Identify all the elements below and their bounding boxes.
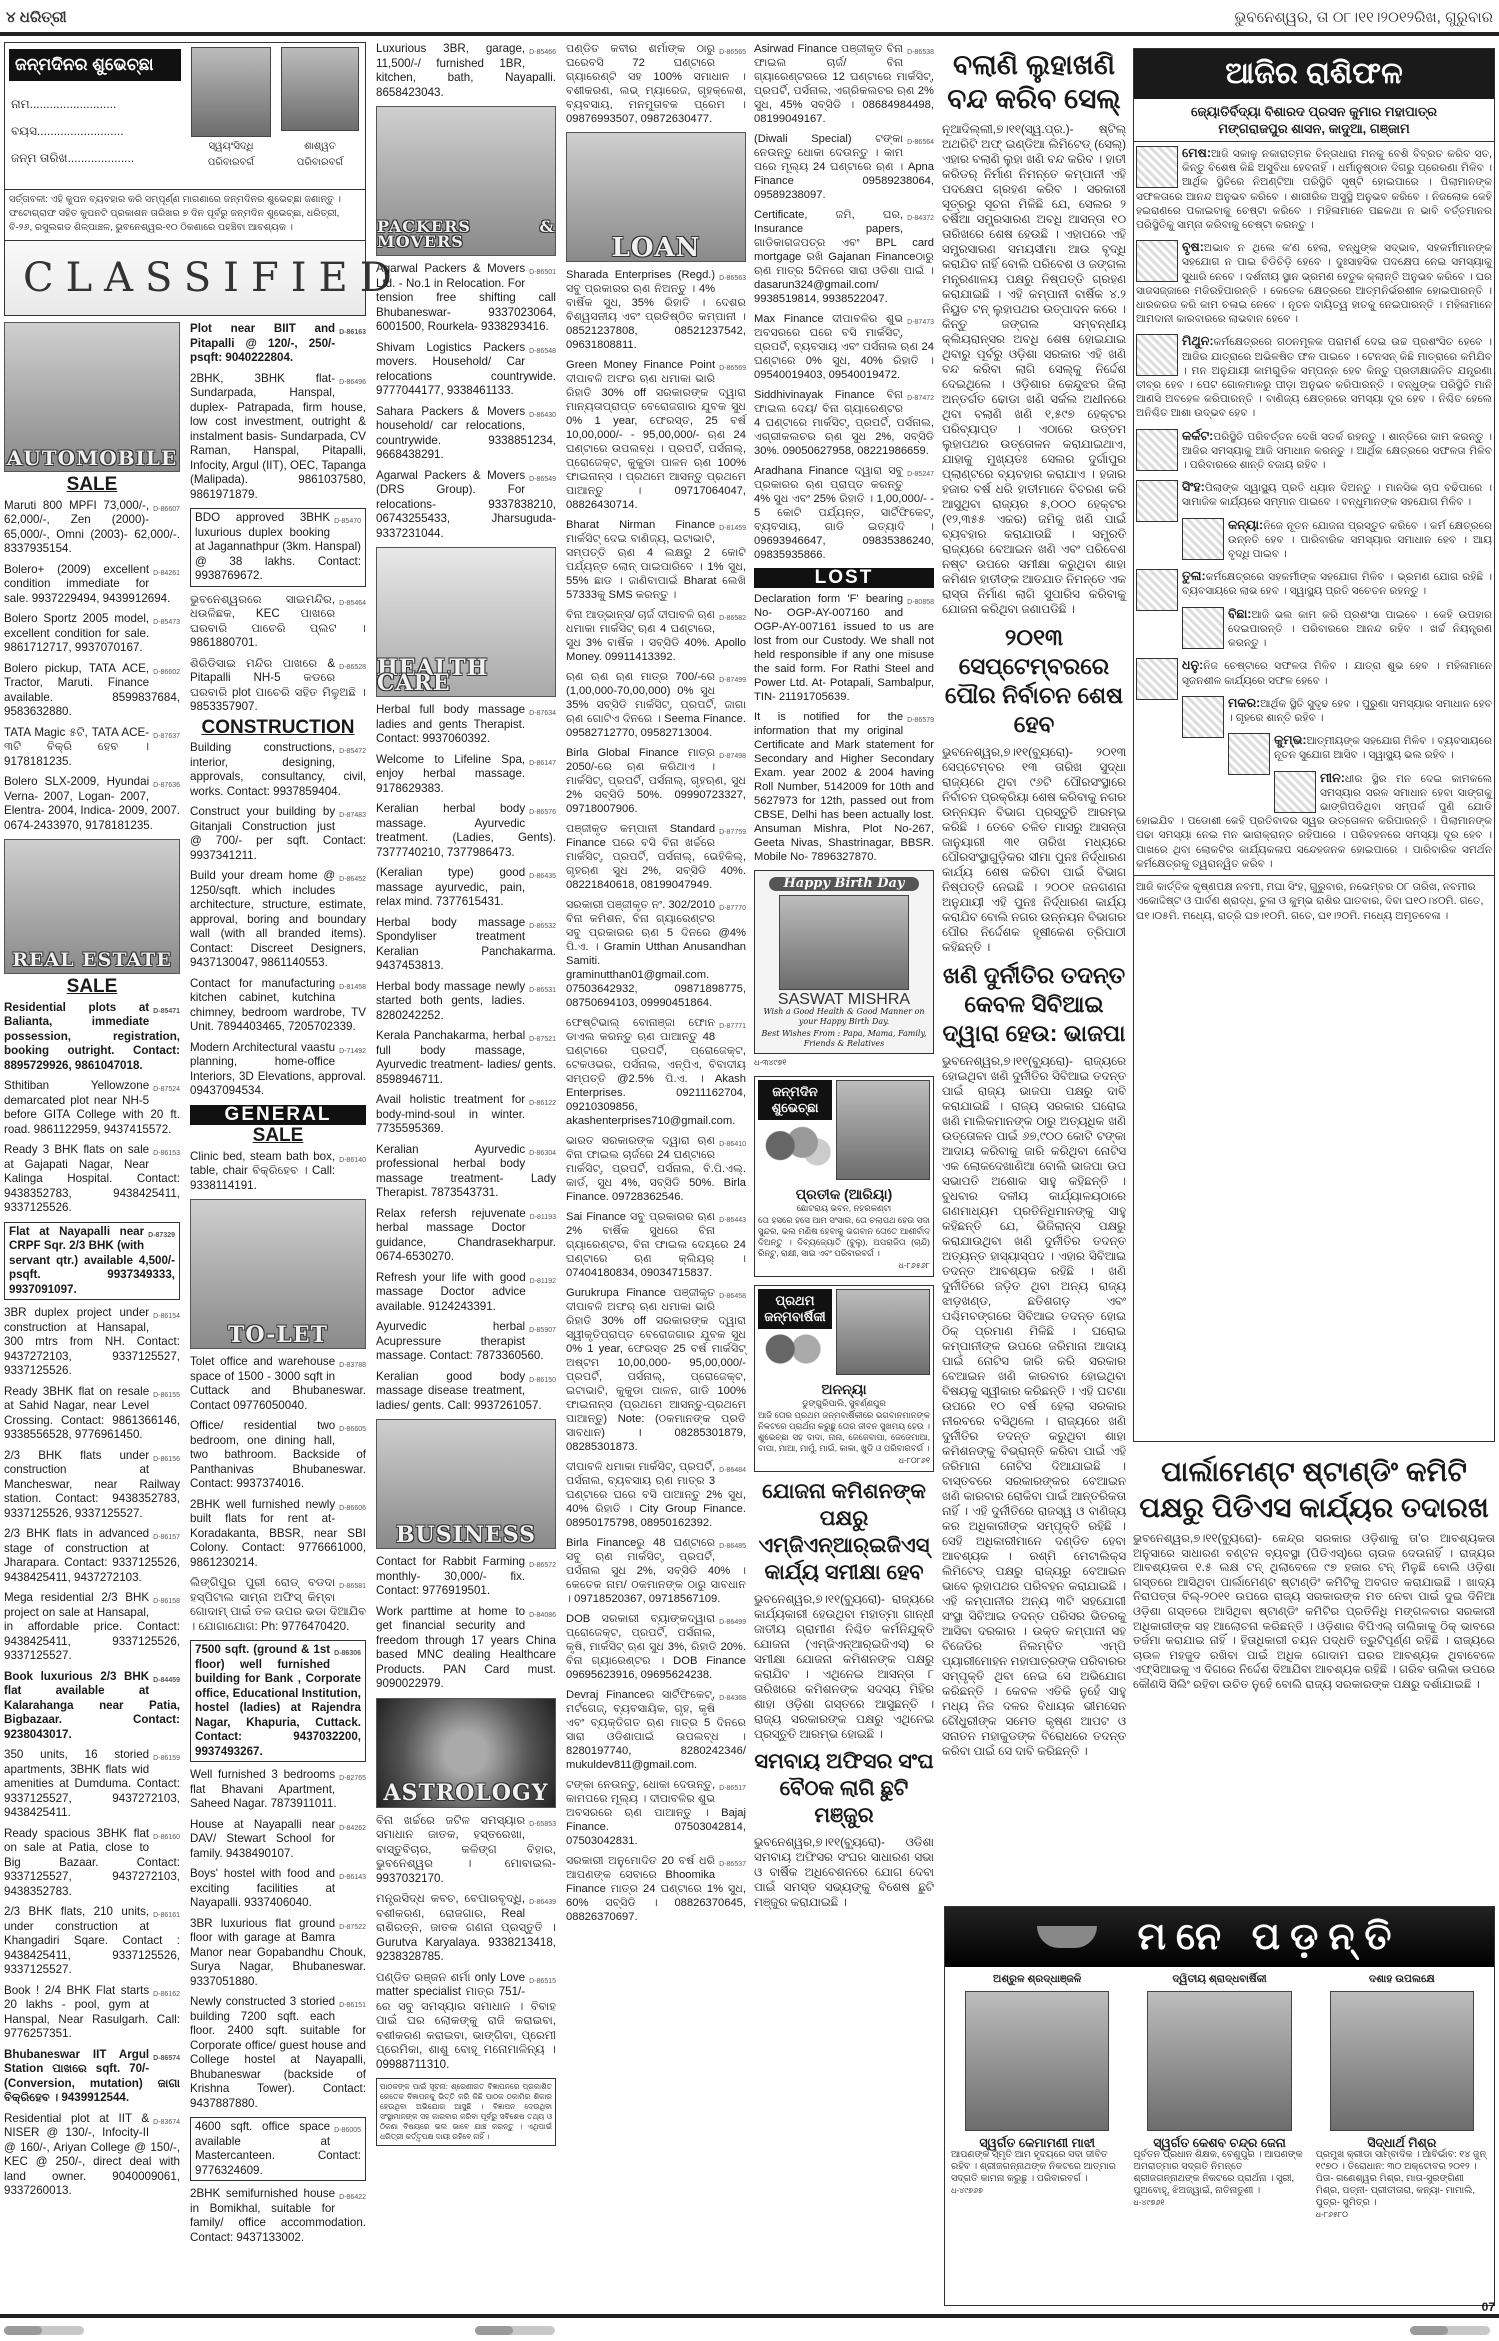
column-2: D-86163Plot near BIIT and Pitapalli @ 12…	[190, 322, 366, 2251]
saswat-name: SASWAT MISHRA	[759, 993, 929, 1007]
re-sale-title: SALE	[4, 980, 180, 995]
coupon-photo-2	[281, 47, 359, 131]
classified-ad: D-86158Mega residential 2/3 BHK project …	[4, 1591, 180, 1664]
classified-ad: D-86602Bolero pickup, TATA ACE, Tractor,…	[4, 662, 180, 720]
saswat-code: ଧ-୩୪୯୭୧	[754, 1056, 934, 1070]
classified-ad: D-87759ପଞ୍ଜୀକୃତ କମ୍ପାନୀ Standard Finance…	[566, 822, 746, 892]
leo-icon	[1136, 480, 1178, 522]
news-body-election: ଭୁବନେଶ୍ୱର,୭।୧୧(ବ୍ୟୁରୋ)- ୨୦୧୩ ସେପ୍ଟେମ୍ବର …	[942, 745, 1126, 955]
page-header: ୪ ଧରିତ୍ରୀ ଭୁବନେଶ୍ୱର, ତା ୦୮।୧୧।୨୦୧୨ରିଖ, ଗ…	[0, 0, 1499, 34]
coupon-photo-2-family: ପରିବାରବର୍ଗ	[281, 157, 359, 168]
classified-ad: D-86304Keralian Ayurvedic professional h…	[376, 1143, 556, 1201]
rasi-item: ମୀନ:ଧୀର ସ୍ଥିର ମନ ଦେଇ କାମକଲେ ସମସ୍ୟାର ସରଳ …	[1134, 767, 1494, 875]
prateek-photo	[836, 1080, 930, 1180]
rasi-item: ମକର:ଆର୍ଥିକ ସ୍ଥିତି ସୁଦୃଢ ହେବ । ପୁରୁଣା ସମସ…	[1134, 692, 1494, 729]
classified-ad: D-87521Kerala Panchakarma, herbal full b…	[376, 1029, 556, 1087]
obituary-name: ସିଦ୍ଧାର୍ଥ ମିଶ୍ର	[1316, 2137, 1488, 2149]
packers-movers-image: PACKERS & MOVERS	[376, 106, 556, 256]
birthday-box-2-name: ଅନନ୍ୟା	[758, 1382, 930, 1396]
classified-ad: D-86607Maruti 800 MPFI 73,000/-, 62,000/…	[4, 499, 180, 557]
obituary-name: ସ୍ୱର୍ଗତ କେମାମଣୀ ମାଝୀ	[951, 2137, 1123, 2149]
classified-ad: D-82765Well furnished 3 bedrooms flat Bh…	[190, 1768, 366, 1812]
coupon-terms: ସର୍ତ୍ତାବଳୀ: ଏହି କୁପନ ବ୍ୟବହାର କରି ସମ୍ପୂର୍…	[4, 190, 366, 244]
auto-sale-title: SALE	[4, 478, 180, 493]
classified-ad: D-85473Bolero Sportz 2005 model, excelle…	[4, 612, 180, 656]
footer-rule	[0, 2314, 1499, 2318]
birthday-box-2-place: ଡୁଙ୍ଗୁରିପାଲି, ସୁବର୍ଣ୍ଣପୁର	[758, 1396, 930, 1410]
classified-ad: D-84086Work parttime at home to get fina…	[376, 1605, 556, 1692]
birthday-coupon: ଜନ୍ମଦିନର ଶୁଭେଚ୍ଛା ନାମ...................…	[4, 42, 366, 190]
rasi-item: ତୁଳା:କର୍ମକ୍ଷେତ୍ରରେ ସହକର୍ମୀଙ୍କ ସହଯୋଗ ମିଳି…	[1134, 565, 1494, 602]
obituary-details: ପ୍ରମୁଖ କ୍ରୀଡା ସାମ୍ବାଦିକ । ଆବିର୍ଭାବ: ୧୪ ଜ…	[1316, 2149, 1488, 2209]
rasi-item: କନ୍ୟା:ନିଜେ ନୂତନ ଯୋଜନା ପ୍ରସ୍ତୁତ କରିବେ । କ…	[1134, 514, 1494, 566]
classified-ad: D-81192Refresh your life with good massa…	[376, 1271, 556, 1315]
classified-ad: D-85472Building constructions, interior,…	[190, 741, 366, 799]
classified-ad: D-864222BHK semifurnished house in Bomik…	[190, 2187, 366, 2245]
rasifala-author: ଜ୍ୟୋତିର୍ବିଦ୍ୟା ବିଶାରଦ ପ୍ରସନ କୁମାର ମହାପାତ…	[1134, 103, 1494, 120]
obituary-code: ଧ-୮୬୫୮୦	[1316, 2209, 1488, 2221]
rasi-item: ମେଷ:ଆଜି ସକାଳୁ ନକାରାତ୍ମକ ଚିନ୍ତାଧାରା ମନକୁ …	[1134, 142, 1494, 236]
saswat-wish: Wish a Good Health & Good Manner on your…	[759, 1007, 929, 1027]
news-body-pds: ଭୁବନେଶ୍ୱର,୭।୧୧(ବ୍ୟୁରୋ)- କେନ୍ଦ୍ର ସରକାର ଓଡ…	[1133, 1532, 1495, 1693]
coupon-dob-field[interactable]: ଜନ୍ମ ତାରିଖ....................	[11, 145, 181, 172]
reader-notice: ପାଠକଙ୍କ ପାଇଁ ସୂଚନା: ଶ୍ରେଣୀଗତ ବିଜ୍ଞାପନରେ …	[376, 2078, 556, 2146]
news-body-mgnregs: ଭୁବନେଶ୍ୱର,୭।୧୧(ବ୍ୟୁରୋ)- ରାଜ୍ୟରେ କାର୍ଯ୍ୟକ…	[754, 1592, 934, 1742]
classified-ad: D-861543BR duplex project under construc…	[4, 1306, 180, 1379]
classified-ad: D-86569Green Money Finance Point ଦୀପାବଳି…	[566, 358, 746, 512]
classified-ad: D-86564(Diwali Special) ଟଙ୍କା ନେଉନ୍ତୁ ଧୋ…	[754, 132, 934, 202]
classified-ad: D-86155Ready 3BHK flat on resale at Sahi…	[4, 1385, 180, 1443]
business-image: BUSINESS	[376, 1419, 556, 1549]
birthday-box-2: ପ୍ରଥମ ଜନ୍ମବାର୍ଷିକୀ ଅନନ୍ୟା ଡୁଙ୍ଗୁରିପାଲି, …	[754, 1285, 934, 1472]
column-6: ବଲାଣି ଲୁହାଖଣି ବନ୍ଦ କରିବ ସେଲ୍ ନୂଆଦିଲ୍ଲୀ,୭…	[942, 42, 1126, 1765]
aquarius-icon	[1228, 733, 1270, 775]
obituary-code: ଧ-୪୯୭୬୧	[1133, 2197, 1305, 2209]
classified-ad: D-81459Bharat Nirman Finance ମାର୍କସିଟ୍ ଦ…	[566, 518, 746, 602]
classified-ad: D-86484ଦୀପାବଳି ଧମାକା ମାର୍କସିଟ୍, ପ୍ରପର୍ଟି…	[566, 1460, 746, 1530]
astrology-image: ASTROLOGY	[376, 1698, 556, 1808]
classified-ad: D-87472Siddhivinayak Finance ବିନା ଫାଇଲ ଦ…	[754, 388, 934, 458]
classified-ad: D-86439ମନ୍ତ୍ରସିଦ୍ଧ କବଚ, ବେପାରବୃଦ୍ଧି, ବଶୀ…	[376, 1892, 556, 1965]
classified-ad: D-83674Residential plot at IIT & NISER @…	[4, 2112, 180, 2199]
birthday-box-1-message: ତୋ ହସରେ ହସେ ଆମ ସଂସାର, ତୋ ଚଲାପଥ ହେଉ ସଦା ସ…	[758, 1215, 930, 1259]
classified-ad: D-86563Sharada Enterprises (Regd.) ସବୁ ପ…	[566, 268, 746, 352]
classified-ad: D-84368Devraj Financeର ସାର୍ଟିଫିକେଟ୍, ମର୍…	[566, 1688, 746, 1772]
classified-ad: D-86410ଭାରତ ସରକାରଙ୍କ ଦ୍ୱାରା ଋଣ ବିନା ଫାଇଲ…	[566, 1134, 746, 1204]
coupon-photo-1-name: ସ୍ୱୟଂସିଦ୍ଧି	[191, 141, 271, 152]
news-body-cooperative: ଭୁବନେଶ୍ୱର,୭।୧୧(ବ୍ୟୁରୋ)- ଓଡିଶା ସମବାୟ ଅଫିସ…	[754, 1835, 934, 1910]
classified-ad: D-85470BDO approved 3BHK luxurious duple…	[190, 508, 366, 587]
classified-banner-text: CLASSIFIED	[23, 255, 404, 301]
coupon-photo-1	[191, 47, 271, 137]
classified-ad: D-86499DOB ସରକାରୀ ବ୍ୟାଙ୍କଦ୍ୱାରା ପ୍ରୋଜେକ୍…	[566, 1612, 746, 1682]
classified-ad: D-84262House at Nayapalli near DAV/ Stew…	[190, 1818, 366, 1862]
gemini-icon	[1136, 334, 1178, 376]
astrology-label: ASTROLOGY	[384, 1786, 549, 1807]
classified-ad: D-87483Construct your building by Gitanj…	[190, 805, 366, 863]
health-care-image: HEALTH CARE	[376, 547, 556, 697]
classified-ad: D-864962BHK, 3BHK flat- Sundarpada, Hans…	[190, 372, 366, 503]
coupon-age-field[interactable]: ବୟସ..........................	[11, 118, 181, 145]
to-let-label: TO-LET	[228, 1328, 328, 1349]
classified-ad: D-85907Ayurvedic herbal Acupressure ther…	[376, 1320, 556, 1364]
horizontal-scrollbar-right[interactable]	[1410, 2326, 1490, 2335]
libra-icon	[1136, 569, 1178, 611]
classified-ad: D-86430Sahara Packers & Movers household…	[376, 405, 556, 463]
header-rule	[0, 32, 1499, 36]
classified-ad: D-87636Bolero SLX-2009, Hyundai Verna- 2…	[4, 775, 180, 833]
page-label: ୪ ଧରିତ୍ରୀ	[6, 9, 67, 26]
classified-ad: D-86574Bhubaneswar IIT Argul Station ପାଖ…	[4, 2048, 180, 2106]
general-sale-title: SALE	[190, 1129, 366, 1144]
classified-ad: D-86549Agarwal Packers & Movers (DRS Gro…	[376, 469, 556, 542]
news-headline-sail: ବଲାଣି ଲୁହାଖଣି ବନ୍ଦ କରିବ ସେଲ୍	[942, 48, 1126, 116]
classified-ad: D-86458Gurukrupa Finance ପଞ୍ଜୀକୃତ ଦୀପାବଳ…	[566, 1286, 746, 1454]
classified-ad: D-84372Certificate, ଜମି, ଘର, Insurance p…	[754, 208, 934, 306]
classified-ad: D-875223BR luxurious flat ground floor w…	[190, 1917, 366, 1990]
classified-ad: D-85464ଭୁବନେଶ୍ୱରରେ ସାଇମନ୍ଦିର, ଧଉଳିଛକ, KE…	[190, 593, 366, 651]
horizontal-scrollbar-middle[interactable]	[475, 2326, 555, 2335]
classified-ad: D-86153Ready 3 BHK flats on sale at Gaja…	[4, 1143, 180, 1216]
classified-ad: D-86160Ready spacious 3BHK flat on sale …	[4, 1827, 180, 1900]
obituary-name: ସ୍ୱର୍ଗତ କେଶବ ଚନ୍ଦ୍ର ଜେନା	[1133, 2137, 1305, 2149]
business-label: BUSINESS	[396, 1528, 536, 1549]
dateline: ଭୁବନେଶ୍ୱର, ତା ୦୮।୧୧।୨୦୧୨ରିଖ, ଗୁରୁବାର	[1235, 9, 1493, 26]
obituary-section: ମନେ ପଡ଼ନ୍ତି ଅଶ୍ରୁଳ ଶ୍ରଦ୍ଧାଞ୍ଜଳି ସ୍ୱର୍ଗତ …	[944, 1906, 1495, 2306]
classified-ad: D-81193Relax refersh rejuvenate herbal m…	[376, 1207, 556, 1265]
classified-ad: D-86122Avail holistic treatment for body…	[376, 1093, 556, 1137]
classified-ad: D-85466Luxurious 3BR, garage, 11,500/-/ …	[376, 42, 556, 100]
classified-ad: D-87524Sthitiban Yellowzone demarcated p…	[4, 1079, 180, 1137]
classified-ad: D-83788Tolet office and warehouse space …	[190, 1355, 366, 1413]
classified-ad: D-86537ସରକାରୀ ଅନୁମୋଦିତ 20 ବର୍ଷ ଧରି ଆପଣଙ୍…	[566, 1854, 746, 1924]
classified-ad: D-86163Plot near BIIT and Pitapalli @ 12…	[190, 322, 366, 366]
obituary-occasion: ଦ୍ୱିତୀୟ ଶ୍ରାଦ୍ଧବାର୍ଷିକୀ	[1133, 1973, 1305, 1985]
real-estate-ads-list: D-85471Residential plots at Balianta, im…	[4, 1001, 180, 2199]
coupon-title: ଜନ୍ମଦିନର ଶୁଭେଚ୍ଛା	[9, 49, 181, 81]
rasi-item: ବୃଷ:ଅଭାବ ନ ଥିଲେ କ'ଣ ହେଲା, ବନ୍ଧୁଙ୍କ ସଦ୍‌ଭ…	[1134, 236, 1494, 330]
taurus-icon	[1136, 240, 1178, 282]
classified-ad: D-86443Sai Finance ସବୁ ପ୍ରକାରର ଋଣ 2% ବାର…	[566, 1210, 746, 1280]
classified-ad: D-86143Boys' hostel with food and exciti…	[190, 1867, 366, 1911]
classified-ad: D-87771ଫେଷ୍ଟିଭାଲ୍ ବୋନାଞ୍ଜା ଫୋନ ଡାଏଲ କରନ୍…	[566, 1016, 746, 1128]
obituary-details: ପୂର୍ବତନ ପ୍ରଧାନ ଶିକ୍ଷକ, ବେଣୁପୁର । ଆପଣଙ୍କ …	[1133, 2149, 1305, 2197]
classified-ad: D-87473Max Finance ଦୀପାବଳିର ଶୁଭ ଅବସରରେ ଘ…	[754, 312, 934, 382]
classified-ad: D-86579It is notified for the informatio…	[754, 710, 934, 864]
scrollbar-thumb[interactable]	[1410, 2326, 1448, 2335]
obituary-occasion: ଦଶାହ ଉପଲକ୍ଷେ	[1316, 1973, 1488, 1985]
classified-ad: D-87637TATA Magic ୫ଟି, TATA ACE- ୩ଟି ବିକ…	[4, 726, 180, 770]
classified-ad: D-87329Flat at Nayapalli near CRPF Sqr. …	[4, 1222, 180, 1301]
news-headline-election: ୨୦୧୩ ସେପ୍ଟେମ୍ବରରେ ପୌର ନିର୍ବାଚନ ଶେଷ ହେବ	[942, 623, 1126, 739]
classified-ad: D-86582ବିନା ଆଡ୍ଭାନ୍ସ/ ଚାର୍ଜ ଦୀପାବଳି ଋଣ ଧ…	[566, 608, 746, 664]
obituary-card: ଦ୍ୱିତୀୟ ଶ୍ରାଦ୍ଧବାର୍ଷିକୀ ସ୍ୱର୍ଗତ କେଶବ ଚନ୍…	[1133, 1973, 1305, 2221]
classified-ad: D-863067500 sqft. (ground & 1st floor) w…	[190, 1640, 366, 1762]
classified-ad: D-85471Residential plots at Balianta, im…	[4, 1001, 180, 1074]
loan-image: LOAN	[566, 132, 746, 262]
classified-ad: D-86576Keralian herbal body massage. Ayu…	[376, 802, 556, 860]
coupon-photo-2-name: ଶାଶ୍ୱତ	[281, 141, 359, 152]
classified-ad: D-86162Book ! 2/4 BHK Flat starts 20 lak…	[4, 1984, 180, 2042]
classified-ad: D-86572Contact for Rabbit Farming monthl…	[376, 1555, 556, 1599]
column-1: AUTOMOBILE SALE D-86607Maruti 800 MPFI 7…	[4, 322, 180, 2205]
classified-ad: D-86159350 units, 16 storied apartments,…	[4, 1748, 180, 1821]
classified-ad: D-84459Book luxurious 2/3 BHK flat avail…	[4, 1670, 180, 1743]
column-4: D-86565ପଣ୍ଡିତ କବୀର ଶର୍ମାଙ୍କ ଠାରୁ ଘରେବସି …	[566, 42, 746, 1930]
scorpio-icon	[1182, 607, 1224, 649]
happy-birthday-banner: Happy Birth Day	[769, 877, 919, 891]
obituary-banner: ମନେ ପଡ଼ନ୍ତି	[945, 1907, 1494, 1967]
rasi-item: ମିଥୁନ:କର୍ମକ୍ଷେତ୍ରରେ ଗଠନମୂଳକ ପରାମର୍ଶ ଦେଇ …	[1134, 330, 1494, 424]
loan-label: LOAN	[612, 241, 701, 261]
news-pds: ପାର୍ଲାମେଣ୍ଟ ଷ୍ଟାଣ୍ଡିଂ କମିଟି ପକ୍ଷରୁ ପିଡିଏ…	[1133, 1448, 1495, 1699]
pisces-icon	[1274, 771, 1316, 813]
obituary-code: ଧ-୪୯୭୬୭	[951, 2185, 1123, 2197]
birthday-box-2-message: ଆଜି ତୋର ପ୍ରଥମ ଜନ୍ମବାର୍ଷିକୀରେ ଭଗବାନମାନଙ୍କ…	[758, 1410, 930, 1454]
birthday-box-2-code: ଧ-୮୦୮୬୧	[758, 1454, 930, 1468]
general-title: GENERAL	[190, 1105, 366, 1126]
classified-ad: D-86581ଲିଙ୍ଗିପୁର ପୁରୀ ରୋଡ୍ ବଡଦା ହସ୍ପିଟାଲ…	[190, 1576, 366, 1634]
balloons-icon	[758, 1329, 832, 1379]
aries-icon	[1136, 146, 1178, 188]
classified-ad: D-86140Clinic bed, steam bath box, table…	[190, 1150, 366, 1194]
birthday-box-1-name: ପ୍ରତୀକ (ଆରିୟା)	[758, 1187, 930, 1201]
saswat-birthday-ad: Happy Birth Day SASWAT MISHRA Wish a Goo…	[754, 870, 934, 1054]
classified-ad: D-861562/3 BHK flats under construction …	[4, 1449, 180, 1522]
rasifala-title: ଆଜିର ରାଶିଫଳ	[1134, 49, 1494, 99]
horizontal-scrollbar-left[interactable]	[4, 2326, 84, 2335]
news-headline-cooperative: ସମବାୟ ଅଫିସର ସଂଘ ବୈଠକ ଲାଗି ଛୁଟି ମଞ୍ଜୁର	[754, 1748, 934, 1829]
automobile-image: AUTOMOBILE	[4, 322, 180, 472]
page-number: 07	[1482, 2300, 1495, 2314]
classified-ad: D-81458Contact for manufacturing kitchen…	[190, 977, 366, 1035]
classified-ad: D-86565ପଣ୍ଡିତ କବୀର ଶର୍ମାଙ୍କ ଠାରୁ ଘରେବସି …	[566, 42, 746, 126]
news-headline-pds: ପାର୍ଲାମେଣ୍ଟ ଷ୍ଟାଣ୍ଡିଂ କମିଟି ପକ୍ଷରୁ ପିଡିଏ…	[1133, 1454, 1495, 1526]
classified-ad: D-86517ଟଙ୍କା ନେଉନ୍ତୁ, ଧୋକା ଦେଉନ୍ତୁ, କାମପ…	[566, 1778, 746, 1848]
virgo-icon	[1182, 518, 1224, 560]
rasifala-byline: ଜ୍ୟୋତିର୍ବିଦ୍ୟା ବିଶାରଦ ପ୍ରସନ କୁମାର ମହାପାତ…	[1134, 99, 1494, 142]
classified-ad: D-86452Build your dream home @ 1250/sqft…	[190, 869, 366, 971]
news-headline-mining: ଖଣି ଦୁର୍ନୀତିର ତଦନ୍ତ କେବଳ ସିବିଆଇ ଦ୍ୱାରା ହ…	[942, 961, 1126, 1048]
classified-ad: D-861612/3 BHK flats, 210 units, under c…	[4, 1905, 180, 1978]
classified-ad: D-65853ବିନା ଖର୍ଚ୍ଚରେ ଜଟିଳ ସମସ୍ୟାର ସମାଧାନ…	[376, 1814, 556, 1887]
birthday-box-1-title: ଜନ୍ମଦିନ ଶୁଭେଚ୍ଛା	[758, 1080, 832, 1120]
classified-ad: D-84261Bolero+ (2009) excellent conditio…	[4, 563, 180, 607]
classified-ad: D-860054600 sqft. office space available…	[190, 2117, 366, 2181]
classified-ad: D-87499ଋଣ ଋଣ ଋଣ ମାତ୍ର 700/-ରେ (1,00,000-…	[566, 670, 746, 740]
auto-ads-list: D-86607Maruti 800 MPFI 73,000/-, 62,000/…	[4, 499, 180, 834]
rasi-item: ଧନୁ:ନିଜ ଚେଷ୍ଟାରେ ସଫଳତା ମିଳିବ । ଯାତ୍ରା ଶୁ…	[1134, 654, 1494, 691]
rasi-item: ସିଂହ:ପିଲାଙ୍କ ସ୍ୱାସ୍ଥ୍ୟ ପ୍ରତି ଧ୍ୟାନ ଦିଅନ୍…	[1134, 476, 1494, 513]
to-let-image: TO-LET	[190, 1199, 366, 1349]
classified-ad: D-86532Herbal body massage Spondyliser t…	[376, 916, 556, 974]
column-3: D-85466Luxurious 3BR, garage, 11,500/-/ …	[376, 42, 556, 2146]
classified-ad: D-86501Agarwal Packers & Movers Ltd. - N…	[376, 262, 556, 335]
capricorn-icon	[1182, 696, 1224, 738]
classified-ad: D-87770ସରକାରୀ ପଞ୍ଜୀକୃତ ନଂ. 302/2010 ବିନା…	[566, 898, 746, 1010]
obituary-photo	[965, 1991, 1109, 2131]
obituary-card: ଅଶ୍ରୁଳ ଶ୍ରଦ୍ଧାଞ୍ଜଳି ସ୍ୱର୍ଗତ କେମାମଣୀ ମାଝୀ…	[951, 1973, 1123, 2221]
classified-banner: CLASSIFIED	[4, 240, 366, 316]
lamp-icon	[1037, 1926, 1097, 1948]
classified-ad: D-86531Herbal body massage newly started…	[376, 980, 556, 1024]
rasi-item: ବିଛା:ଆଜି ଭଲ କାମ କରି ପ୍ରଶଂସା ପାଇବେ । କେହି…	[1134, 603, 1494, 655]
birthday-box-1-place: ଛୋଟରାୟ ଭବନ, ନହରକଣ୍ଟା	[758, 1201, 930, 1215]
classified-ad: D-861572/3 BHK flats in advanced stage o…	[4, 1527, 180, 1585]
sagittarius-icon	[1136, 658, 1178, 700]
packers-movers-label: PACKERS & MOVERS	[377, 220, 555, 255]
classified-ad: D-86150Keralian good body massage diseas…	[376, 1370, 556, 1414]
ananya-photo	[836, 1289, 930, 1375]
obituary-photo	[1330, 1991, 1474, 2131]
classified-ad: D-86515ପଣ୍ଡିତ ରଞ୍ଜନ ଶର୍ମା only Love matt…	[376, 1971, 556, 2073]
classified-ad: D-86605Office/ residential two bedroom, …	[190, 1419, 366, 1492]
obituary-details: ଆପଣଙ୍କ ସ୍ମୃତି ଆମ ହୃଦୟରେ ସଦା ଜୀବିତ ରହିବ ।…	[951, 2149, 1123, 2185]
automobile-label: AUTOMOBILE	[7, 451, 177, 472]
construction-title: CONSTRUCTION	[190, 721, 366, 736]
classified-ad: D-86151Newly constructed 3 storied build…	[190, 1995, 366, 2111]
obituary-banner-text: ମନେ ପଡ଼ନ୍ତି	[1137, 1916, 1401, 1959]
birthday-box-1: ଜନ୍ମଦିନ ଶୁଭେଚ୍ଛା ପ୍ରତୀକ (ଆରିୟା) ଛୋଟରାୟ ଭ…	[754, 1076, 934, 1277]
coupon-name-field[interactable]: ନାମ..........................	[11, 91, 181, 118]
classified-ad: D-86485Birla Financeରୁ 48 ଘଣ୍ଟାରେ ସବୁ ଋଣ…	[566, 1536, 746, 1606]
real-estate-label: REAL ESTATE	[12, 953, 172, 974]
saswat-photo	[779, 895, 909, 990]
obituary-card: ଦଶାହ ଉପଲକ୍ଷେ ସିଦ୍ଧାର୍ଥ ମିଶ୍ର ପ୍ରମୁଖ କ୍ରୀ…	[1316, 1973, 1488, 2221]
news-headline-mgnregs: ଯୋଜନା କମିଶନଙ୍କ ପକ୍ଷରୁ ଏମ୍‌ଜିଏନ୍‌ଆର୍‌ଇଜିଏ…	[754, 1478, 934, 1586]
balloons-icon	[758, 1120, 832, 1184]
news-body-sail: ନୂଆଦିଲ୍ଲୀ,୭।୧୧(ସ୍ୱ.ପ୍ର.)- ଷ୍ଟିଲ୍ ଅଥରିଟି …	[942, 122, 1126, 617]
scrollbar-thumb[interactable]	[4, 2326, 42, 2335]
cancer-icon	[1136, 429, 1178, 471]
classified-ad: D-866062BHK well furnished newly built f…	[190, 1498, 366, 1571]
birthday-box-1-code: ଧ-୮୬୫୬୮	[758, 1259, 930, 1273]
real-estate-image: REAL ESTATE	[4, 839, 180, 974]
classified-ad: D-87634Herbal full body massage ladies a…	[376, 703, 556, 747]
classified-ad: D-87498Birla Global Finance ମାତ୍ର 2050/-…	[566, 746, 746, 816]
classified-ad: D-86147Welcome to Lifeline Spa, enjoy he…	[376, 753, 556, 797]
health-care-label: HEALTH CARE	[377, 661, 555, 696]
coupon-photo-1-family: ପରିବାରବର୍ଗ	[191, 157, 271, 168]
scrollbar-thumb[interactable]	[475, 2326, 513, 2335]
classified-ad: D-86435(Keralian type) good massage ayur…	[376, 866, 556, 910]
birthday-box-2-title: ପ୍ରଥମ ଜନ୍ମବାର୍ଷିକୀ	[758, 1289, 832, 1329]
rasifala-section: ଆଜିର ରାଶିଫଳ ଜ୍ୟୋତିର୍ବିଦ୍ୟା ବିଶାରଦ ପ୍ରସନ …	[1133, 48, 1495, 1442]
obituary-occasion: ଅଶ୍ରୁଳ ଶ୍ରଦ୍ଧାଞ୍ଜଳି	[951, 1973, 1123, 1985]
news-body-mining: ଭୁବନେଶ୍ୱର,୭।୧୧(ବ୍ୟୁରୋ)- ରାଜ୍ୟରେ ହୋଇଥିବା …	[942, 1054, 1126, 1759]
lost-title: LOST	[754, 568, 934, 588]
panchang: ଆଜି କାର୍ତ୍ତିକ କୃଷ୍ଣପକ୍ଷ ନବମୀ, ମଘା ସିଂହ, …	[1134, 875, 1494, 928]
obituary-photo	[1147, 1991, 1291, 2131]
column-5: D-86538Asirwad Finance ପଞ୍ଜୀକୃତ ବିନା ଫାଇ…	[754, 42, 934, 1916]
saswat-from: Best Wishes From : Papa, Mama, Family, F…	[759, 1029, 929, 1049]
classified-ad: D-71492Modern Architectural vaastu plann…	[190, 1041, 366, 1099]
classified-ad: D-86548Shivam Logistics Packers movers. …	[376, 341, 556, 399]
classified-ad: D-80858Declaration form 'F' bearing No- …	[754, 592, 934, 704]
rasifala-address: ମଙ୍ଗରାଜପୁର ଶାସନ, କାଦୁଆ, ଗଞ୍ଜାମ	[1134, 120, 1494, 137]
classified-ad: D-86528ଶିରିଡିସାଇ ମନ୍ଦିର ପାଖରେ & Pitapall…	[190, 657, 366, 715]
classified-ad: D-85247Aradhana Finance ଦ୍ୱାରା ସବୁ ପ୍ରକା…	[754, 464, 934, 562]
classified-ad: D-86538Asirwad Finance ପଞ୍ଜୀକୃତ ବିନା ଫାଇ…	[754, 42, 934, 126]
rasi-item: କର୍କଟ:ପରିସ୍ଥିତି ପରିବର୍ତ୍ତନ ଦେଖି ସତର୍କ ରହ…	[1134, 425, 1494, 477]
